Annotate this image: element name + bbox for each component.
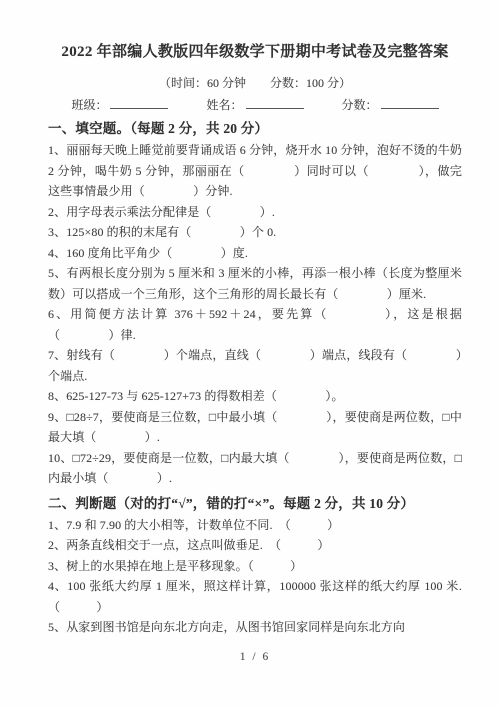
question-item: 4、160 度角比平角少（ ）度.: [48, 243, 462, 264]
question-item: 2、两条直线相交于一点，这点叫做垂足. （ ）: [48, 535, 462, 556]
score-label: 分数：: [342, 98, 378, 112]
section-1-heading: 一、填空题。（每题 2 分，共 20 分）: [48, 117, 462, 140]
question-item: 10、□72÷29，要使商是一位数，□内最大填（ ），要使商是两位数，□内最小填…: [48, 448, 462, 489]
question-item: 7、射线有（ ）个端点，直线（ ）端点，线段有（ ）个端点.: [48, 345, 462, 386]
question-item: 8、625-127-73 与 625-127+73 的得数相差（ ）。: [48, 386, 462, 407]
class-label: 班级：: [71, 98, 107, 112]
score-blank-line: [381, 96, 439, 109]
page-number: 1 / 6: [48, 651, 462, 663]
name-label: 姓名：: [206, 98, 242, 112]
score-field: 分数：: [342, 94, 439, 116]
name-blank-line: [246, 96, 304, 109]
question-item: 9、□28÷7，要使商是三位数，□中最小填（ ），要使商是两位数，□中最大填（ …: [48, 407, 462, 448]
question-item: 1、丽丽每天晚上睡觉前要背诵成语 6 分钟，烧开水 10 分钟，泡好不烫的牛奶 …: [48, 140, 462, 202]
question-item: 4、100 张纸大约厚 1 厘米，照这样计算，100000 张这样的纸大约厚 1…: [48, 576, 462, 617]
exam-paper-page: 2022 年部编人教版四年级数学下册期中考试卷及完整答案 （时间：60 分钟 分…: [0, 0, 500, 707]
exam-meta-line: （时间：60 分钟 分数：100 分）: [48, 73, 462, 94]
page-title: 2022 年部编人教版四年级数学下册期中考试卷及完整答案: [48, 42, 462, 63]
question-item: 1、7.9 和 7.90 的大小相等，计数单位不同. （ ）: [48, 515, 462, 536]
question-item: 5、有两根长度分别为 5 厘米和 3 厘米的小棒，再添一根小棒（长度为整厘米数）…: [48, 263, 462, 304]
question-item: 2、用字母表示乘法分配律是（ ）.: [48, 202, 462, 223]
question-item: 3、树上的水果掉在地上是平移现象。（ ）: [48, 556, 462, 577]
section-2-heading: 二、判断题（对的打“√”，错的打“×”。每题 2 分，共 10 分）: [48, 492, 462, 515]
class-blank-line: [110, 96, 168, 109]
question-item: 5、从家到图书馆是向东北方向走，从图书馆回家同样是向东北方向: [48, 617, 462, 638]
question-item: 3、125×80 的积的末尾有（ ）个 0.: [48, 222, 462, 243]
name-field: 姓名：: [206, 94, 303, 116]
class-field: 班级：: [71, 94, 168, 116]
question-item: 6、用简便方法计算 376＋592＋24，要先算（ ），这是根据（ ）律.: [48, 304, 462, 345]
student-info-row: 班级： 姓名： 分数：: [48, 94, 462, 116]
